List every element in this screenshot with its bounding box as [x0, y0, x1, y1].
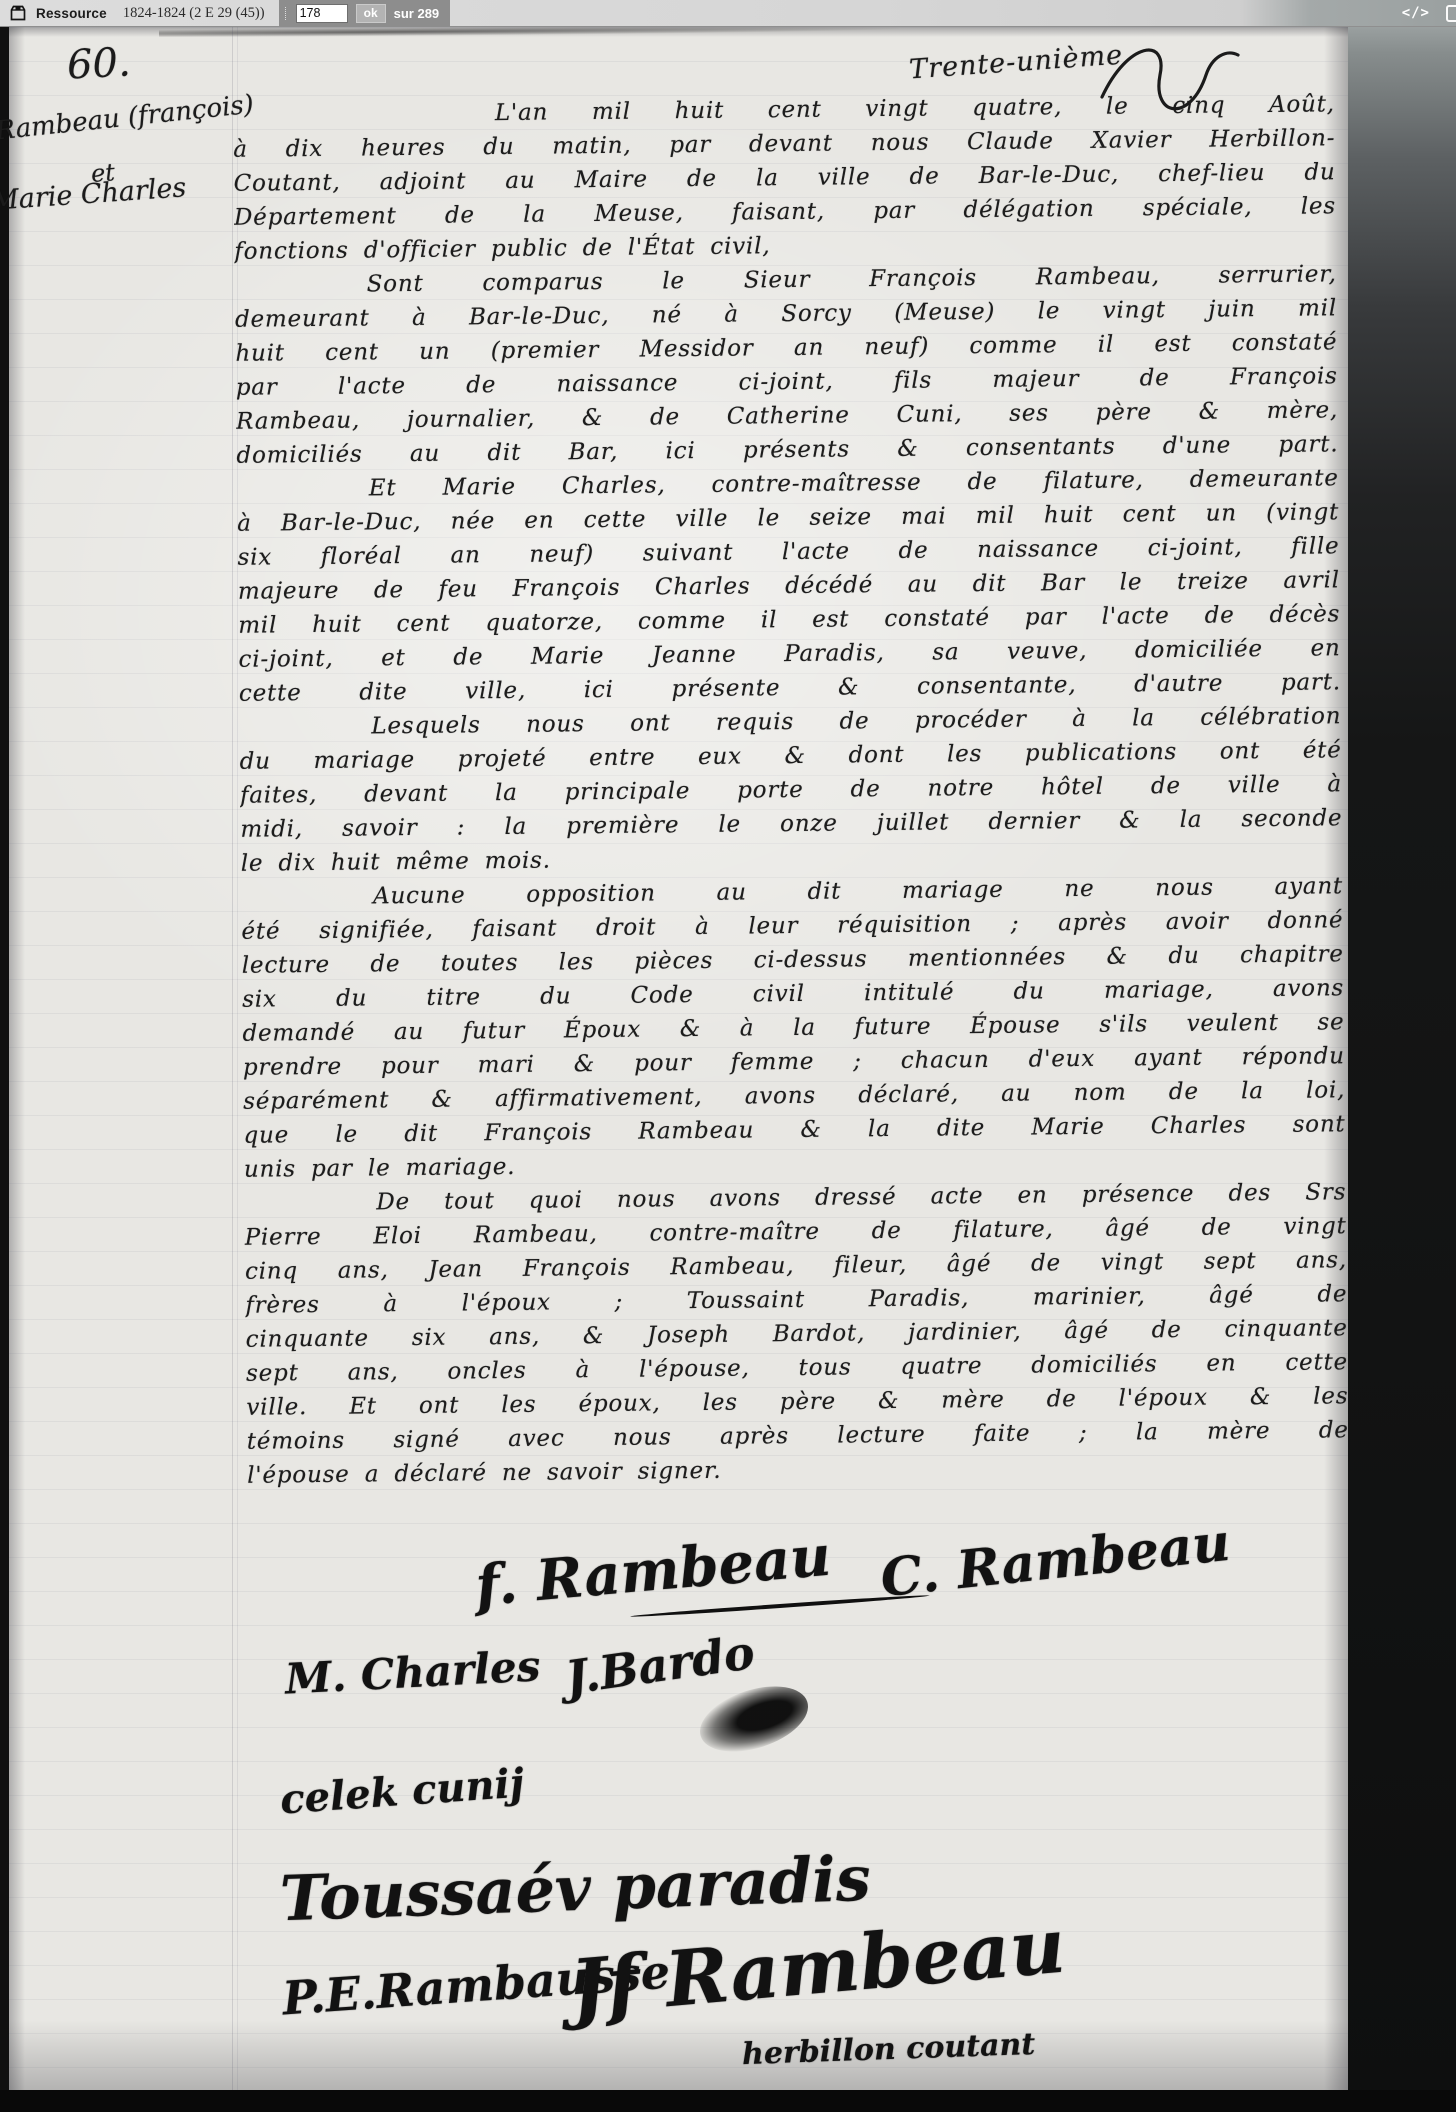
- app-label: Ressource: [36, 6, 107, 21]
- signature-j-bardot: J.Bardo: [562, 1625, 758, 1705]
- margin-note-groom: Rambeau (françois): [0, 90, 255, 147]
- code-icon[interactable]: </>: [1402, 5, 1430, 21]
- ink-blot: [692, 1674, 816, 1764]
- margin-rule: [232, 27, 233, 2090]
- scan-right-band: [1348, 27, 1456, 2112]
- archive-viewer-page: Ressource 1824-1824 (2 E 29 (45)) ok sur…: [0, 0, 1456, 2112]
- signature-c-rambeau: C. Rambeau: [878, 1512, 1233, 1609]
- page-number-input[interactable]: [296, 4, 348, 23]
- document-scan[interactable]: 60. Rambeau (françois) et Marie Charles …: [9, 27, 1348, 2090]
- margin-note-bride: Marie Charles: [0, 172, 187, 217]
- resource-icon: [9, 4, 27, 22]
- body-lines: L'an mil huit cent vingt quatre, le cinq…: [233, 87, 1350, 1492]
- margin-note-act-number: 60.: [66, 39, 132, 88]
- resource-range-label: 1824-1824 (2 E 29 (45)): [123, 5, 265, 22]
- signature-catherine-cuni: celek cunij: [279, 1760, 526, 1824]
- ok-button[interactable]: ok: [356, 4, 386, 23]
- pager-separator: [285, 7, 288, 20]
- toolbar: Ressource 1824-1824 (2 E 29 (45)) ok sur…: [0, 0, 1456, 27]
- signature-m-charles: M. Charles: [284, 1641, 542, 1703]
- signature-herbillon-coutant: herbillon coutant: [741, 2027, 1035, 2072]
- page-heading: Trente-unième: [908, 40, 1124, 86]
- scan-bottom-edge: [0, 2090, 1456, 2112]
- signatures: f. RambeauC. RambeauM. CharlesJ.Bardocel…: [240, 1530, 1345, 2086]
- clipped-corner-icon[interactable]: [1446, 5, 1456, 22]
- pager: ok sur 289: [279, 0, 451, 27]
- signature-toussaint-paradis: Toussaév paradis: [279, 1842, 872, 1936]
- total-pages-label: sur 289: [394, 6, 440, 21]
